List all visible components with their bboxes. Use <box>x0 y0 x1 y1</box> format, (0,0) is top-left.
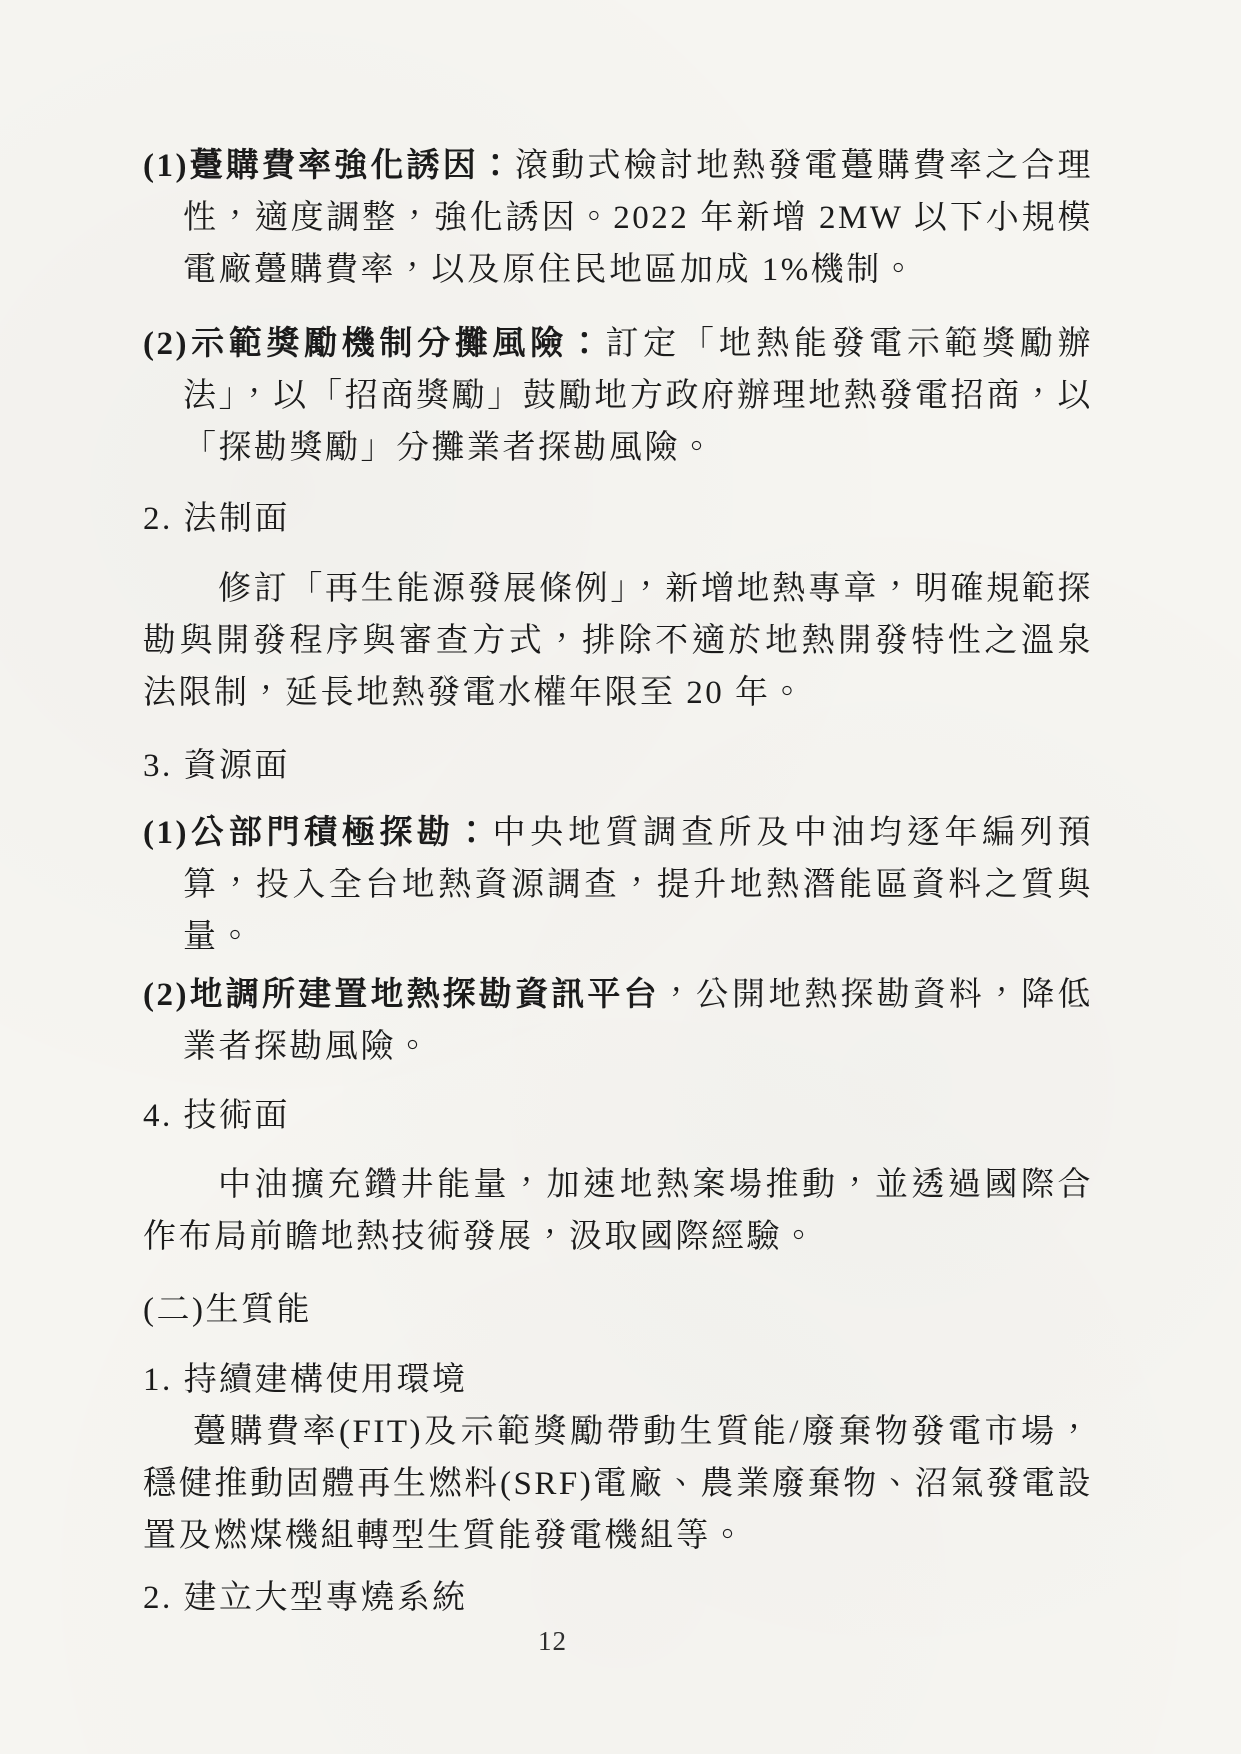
list-item: (1)公部門積極探勘：中央地質調查所及中油均逐年編列預算，投入全台地熱資源調查，… <box>143 807 1093 963</box>
list-item-lead: 地調所建置地熱探勘資訊平台 <box>189 977 660 1013</box>
list-item-marker: (2) <box>143 326 189 362</box>
document-page: (1)躉購費率強化誘因：滾動式檢討地熱發電躉購費率之合理性，適度調整，強化誘因。… <box>0 0 1241 1754</box>
list-item: (1)躉購費率強化誘因：滾動式檢討地熱發電躉購費率之合理性，適度調整，強化誘因。… <box>143 140 1093 296</box>
section-heading-dedicated-system: 2. 建立大型專燒系統 <box>143 1572 1093 1624</box>
paragraph: 中油擴充鑽井能量，加速地熱案場推動，並透過國際合作布局前瞻地熱技術發展，汲取國際… <box>143 1159 1093 1263</box>
list-item-lead: 示範獎勵機制分攤風險： <box>189 326 606 362</box>
list-item-marker: (1) <box>143 815 189 851</box>
list-item-lead: 躉購費率強化誘因： <box>189 148 515 184</box>
section-heading-biomass: (二)生質能 <box>143 1284 1093 1336</box>
list-item-marker: (2) <box>143 977 189 1013</box>
section-heading-legal: 2. 法制面 <box>143 493 1093 545</box>
section-heading-environment: 1. 持續建構使用環境 <box>143 1354 1093 1406</box>
document-body: (1)躉購費率強化誘因：滾動式檢討地熱發電躉購費率之合理性，適度調整，強化誘因。… <box>143 140 1093 1624</box>
section-heading-technology: 4. 技術面 <box>143 1090 1093 1142</box>
section-heading-resources: 3. 資源面 <box>143 740 1093 792</box>
paragraph: 躉購費率(FIT)及示範獎勵帶動生質能/廢棄物發電市場，穩健推動固體再生燃料(S… <box>143 1406 1093 1562</box>
list-item: (2)示範獎勵機制分攤風險：訂定「地熱能發電示範獎勵辦法」，以「招商獎勵」鼓勵地… <box>143 318 1093 474</box>
paragraph: 修訂「再生能源發展條例」，新增地熱專章，明確規範探勘與開發程序與審查方式，排除不… <box>143 563 1093 719</box>
list-item: (2)地調所建置地熱探勘資訊平台，公開地熱探勘資料，降低業者探勘風險。 <box>143 969 1093 1073</box>
list-item-marker: (1) <box>143 148 189 184</box>
page-number: 12 <box>538 1626 567 1657</box>
list-item-lead: 公部門積極探勘： <box>189 815 493 851</box>
